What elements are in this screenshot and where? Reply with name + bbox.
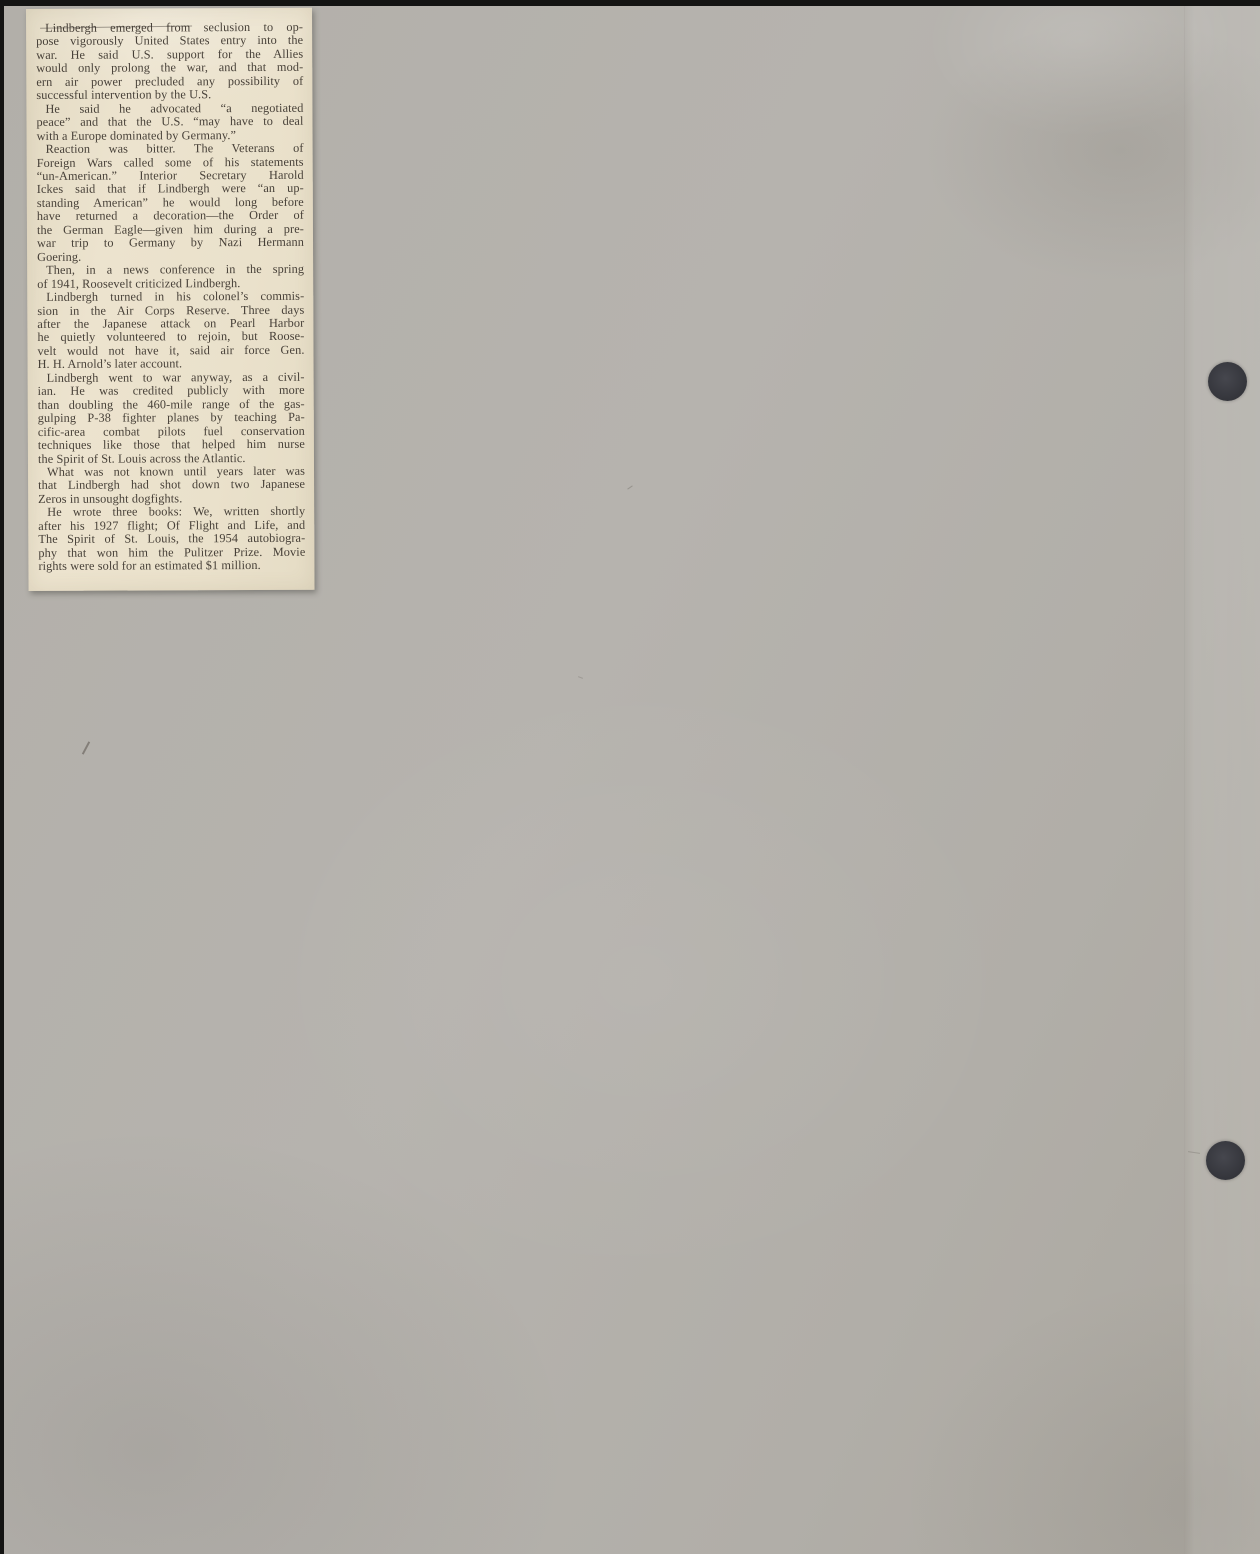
clipping-paragraph: He wrote three books: We, written shortl… — [38, 505, 305, 573]
clipping-paragraph: Reaction was bitter. The Veterans ofFore… — [37, 142, 305, 264]
clipping-paragraph: Lindbergh turned in his colonel’s commis… — [37, 290, 304, 372]
binder-dot-top — [1208, 362, 1247, 401]
clipping-paragraph: Lindbergh emerged from seclusion to op-p… — [36, 21, 303, 103]
clipping-text: Lindbergh emerged from seclusion to op-p… — [36, 21, 305, 574]
scratch-mark — [627, 485, 632, 489]
newspaper-clipping: Lindbergh emerged from seclusion to op-p… — [26, 8, 315, 591]
scrapbook-page: Lindbergh emerged from seclusion to op-p… — [0, 0, 1260, 1554]
clipping-line: techniques like those that helped him nu… — [38, 438, 305, 453]
clipping-paragraph: What was not known until years later was… — [38, 465, 305, 507]
scratch-mark — [578, 676, 583, 679]
clipping-paragraph: Then, in a news conference in the spring… — [37, 263, 304, 291]
clipping-line: rights were sold for an estimated $1 mil… — [38, 559, 305, 574]
scan-edge-left — [0, 0, 4, 1554]
binder-dot-bottom — [1206, 1141, 1245, 1180]
clipping-line: Then, in a news conference in the spring — [37, 263, 304, 278]
scan-edge-top — [0, 0, 1260, 6]
scratch-mark — [82, 741, 90, 754]
clipping-line: war trip to Germany by Nazi Hermann — [37, 236, 304, 251]
page-crease-band — [1184, 0, 1260, 1554]
clipping-paragraph: He said he advocated “a negotiatedpeace”… — [36, 102, 303, 144]
clipping-paragraph: Lindbergh went to war anyway, as a civil… — [38, 371, 305, 466]
